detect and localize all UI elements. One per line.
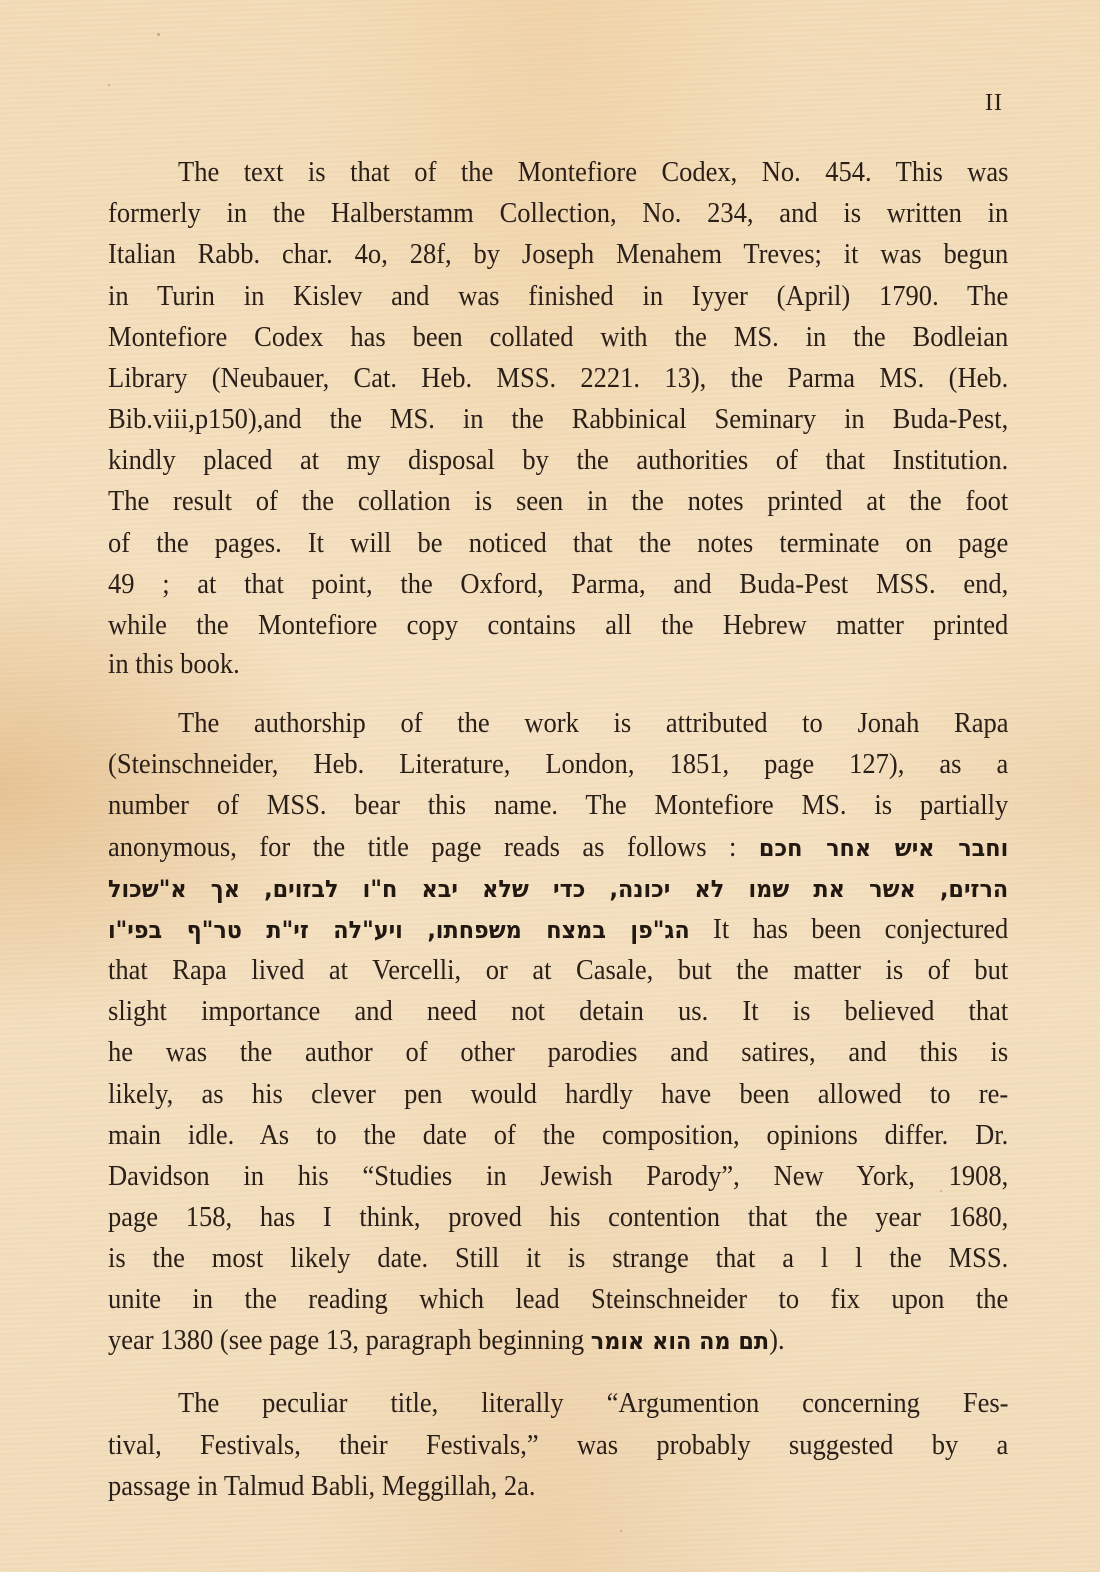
- page-number: II: [985, 90, 1003, 117]
- text-line: likely, as his clever pen would hardly h…: [108, 1074, 1008, 1116]
- text-line: The authorship of the work is attributed…: [178, 703, 1008, 745]
- text-line: formerly in the Halberstamm Collection, …: [108, 193, 1008, 235]
- text-line: Library (Neubauer, Cat. Heb. MSS. 2221. …: [108, 358, 1008, 400]
- text-line: in this book.: [108, 644, 1008, 686]
- paper-speck: [108, 84, 110, 86]
- text-line: main idle. As to the date of the composi…: [108, 1115, 1008, 1157]
- line-text: It has been conjectured: [713, 914, 1008, 945]
- text-line: Italian Rabb. char. 4o, 28f, by Joseph M…: [108, 234, 1008, 276]
- hebrew-text: תם מה הוא אומר: [591, 1327, 769, 1355]
- paper-speck: [620, 1530, 622, 1532]
- line-text: anonymous, for the title page reads as f…: [108, 832, 736, 863]
- text-line: The result of the collation is seen in t…: [108, 481, 1008, 523]
- text-line: The peculiar title, literally “Argumenti…: [178, 1383, 1008, 1425]
- hebrew-line: הרזים, אשר את שמו לא יכונה, כדי שלא יבא …: [108, 868, 1008, 910]
- line-text: ).: [769, 1325, 784, 1356]
- paper-speck: [940, 1190, 942, 1192]
- book-page: II The text is that of the Montefiore Co…: [0, 0, 1100, 1572]
- text-line: The text is that of the Montefiore Codex…: [178, 152, 1008, 194]
- text-line-mixed: year 1380 (see page 13, paragraph beginn…: [108, 1320, 1008, 1362]
- text-line: kindly placed at my disposal by the auth…: [108, 440, 1008, 482]
- text-line: page 158, has I think, proved his conten…: [108, 1197, 1008, 1239]
- text-line-mixed: anonymous, for the title page reads as f…: [108, 827, 1008, 869]
- text-line: passage in Talmud Babli, Meggillah, 2a.: [108, 1466, 1008, 1508]
- text-line: slight importance and need not detain us…: [108, 991, 1008, 1033]
- text-line: tival, Festivals, their Festivals,” was …: [108, 1425, 1008, 1467]
- text-line: Montefiore Codex has been collated with …: [108, 317, 1008, 359]
- text-line: that Rapa lived at Vercelli, or at Casal…: [108, 950, 1008, 992]
- text-line: of the pages. It will be noticed that th…: [108, 523, 1008, 565]
- text-line-mixed: הג"פן במצח משפחתו, ויע"לה זי"ת טר"ף בפי"…: [108, 909, 1008, 951]
- hebrew-text: וחבר איש אחר חכם: [759, 834, 1008, 862]
- line-text: year 1380 (see page 13, paragraph beginn…: [108, 1325, 584, 1356]
- text-line: Davidson in his “Studies in Jewish Parod…: [108, 1156, 1008, 1198]
- text-line: in Turin in Kislev and was finished in I…: [108, 276, 1008, 318]
- text-line: while the Montefiore copy contains all t…: [108, 605, 1008, 647]
- paper-speck: [157, 33, 160, 36]
- text-line: (Steinschneider, Heb. Literature, London…: [108, 744, 1008, 786]
- text-line: unite in the reading which lead Steinsch…: [108, 1279, 1008, 1321]
- hebrew-text: הג"פן במצח משפחתו, ויע"לה זי"ת טר"ף בפי"…: [108, 916, 690, 944]
- text-line: number of MSS. bear this name. The Monte…: [108, 785, 1008, 827]
- text-line: is the most likely date. Still it is str…: [108, 1238, 1008, 1280]
- text-line: he was the author of other parodies and …: [108, 1032, 1008, 1074]
- text-line: Bib.viii,p150),and the MS. in the Rabbin…: [108, 399, 1008, 441]
- text-line: 49 ; at that point, the Oxford, Parma, a…: [108, 564, 1008, 606]
